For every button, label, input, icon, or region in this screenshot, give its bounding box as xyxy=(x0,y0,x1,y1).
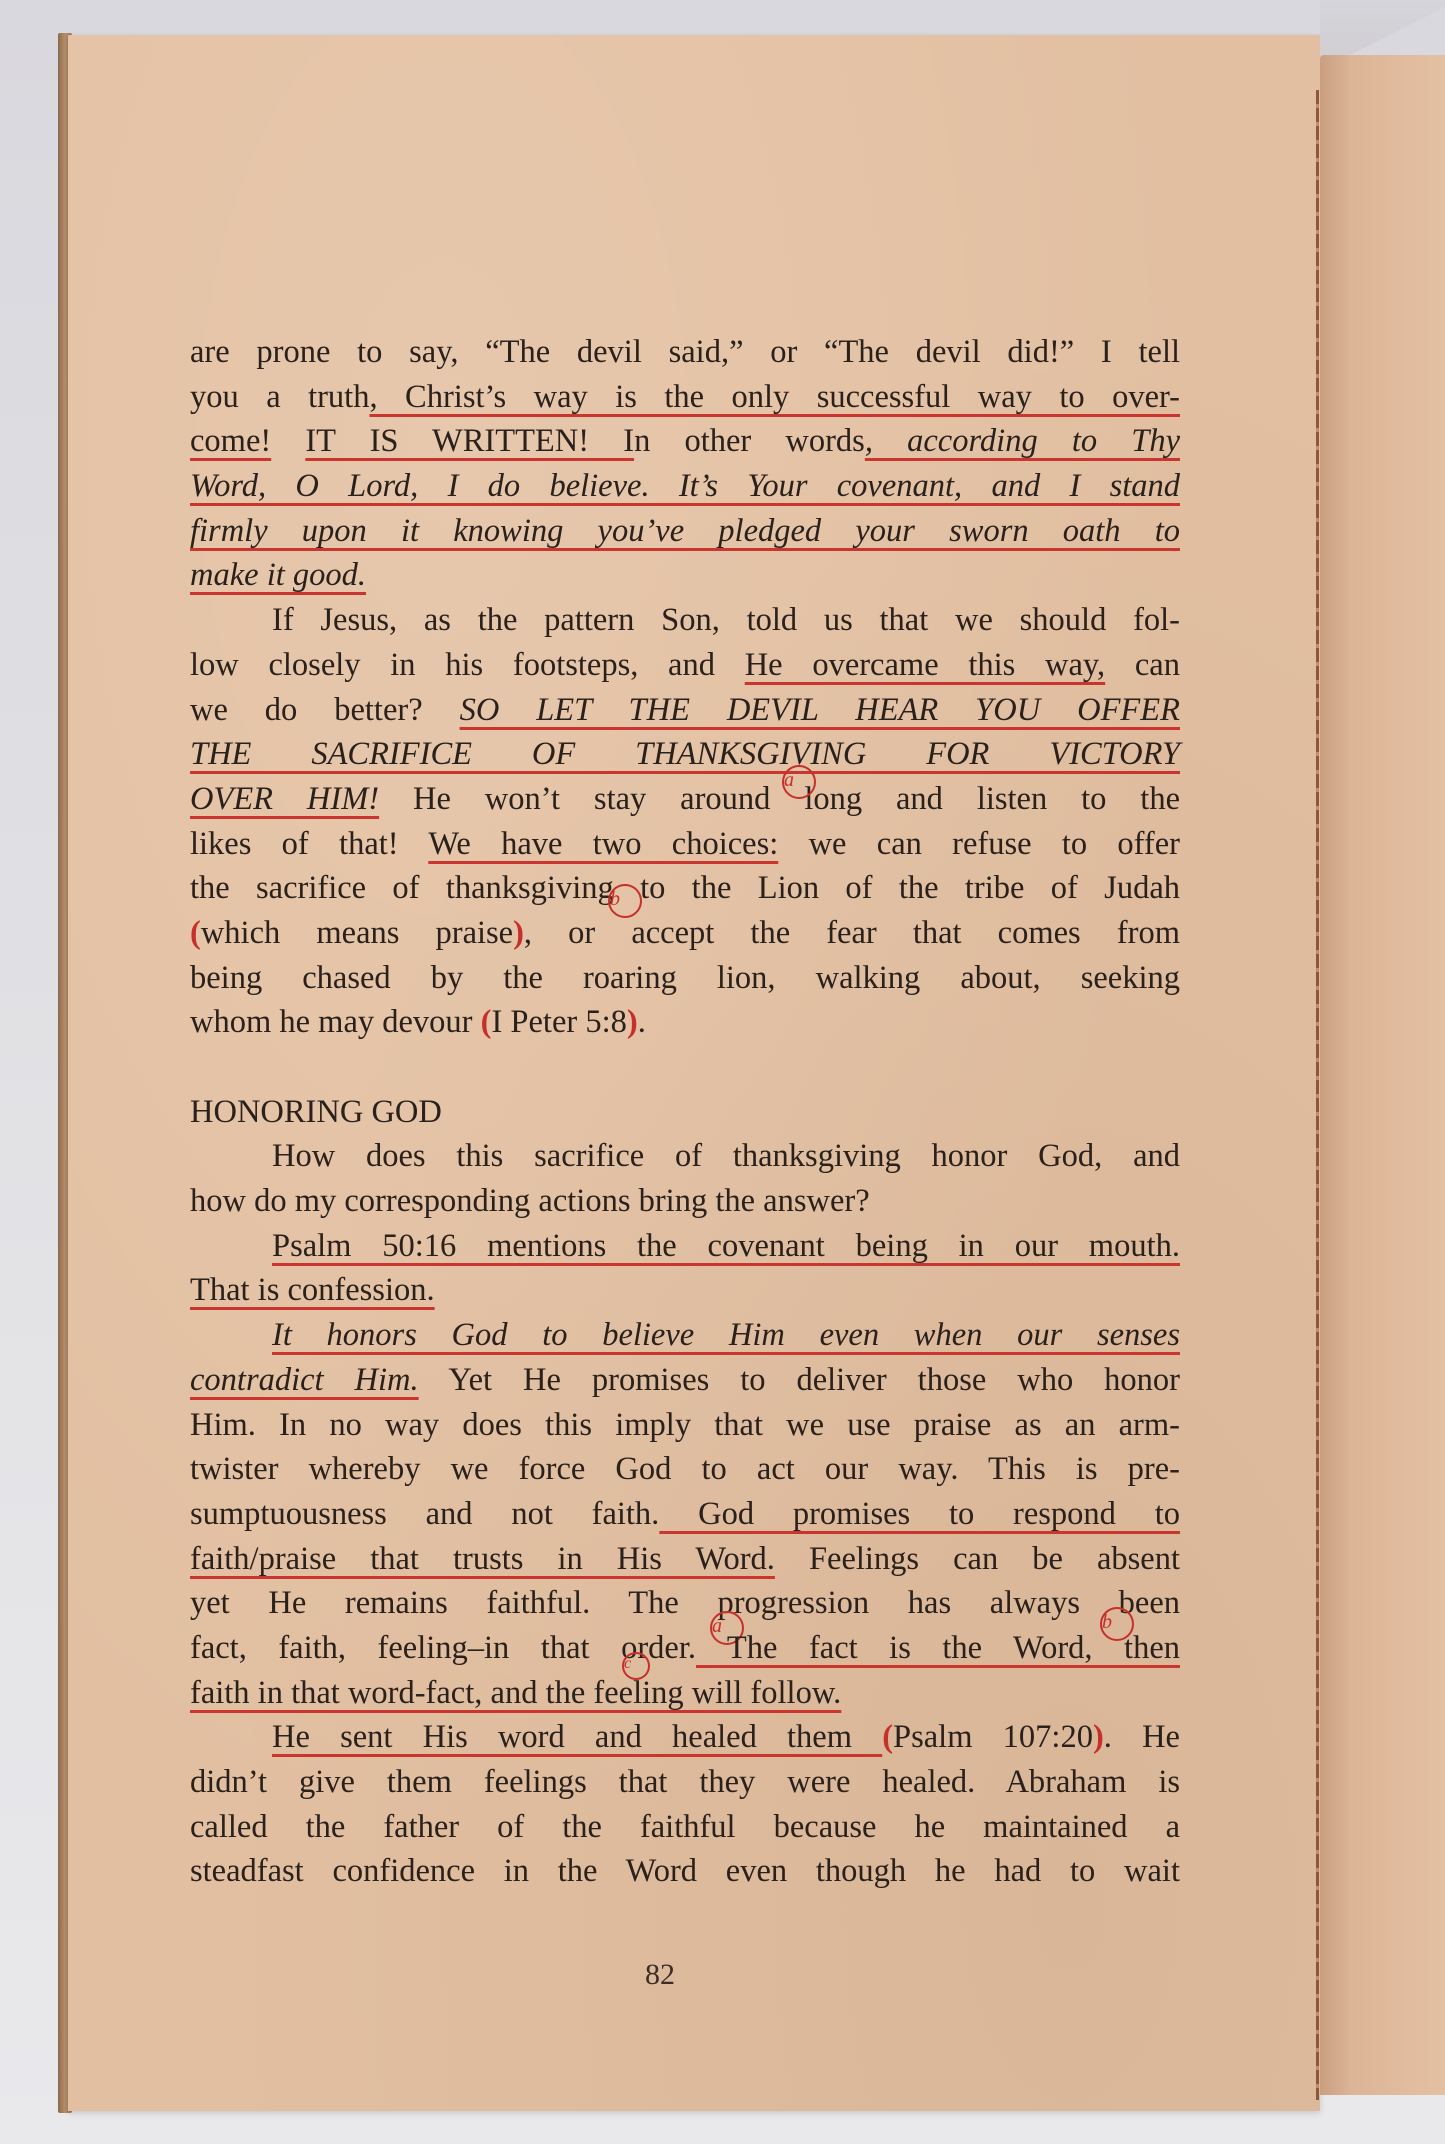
text-line: low closely in his footsteps, and He ove… xyxy=(190,643,1180,688)
text-line: twister whereby we force God to act our … xyxy=(190,1447,1180,1492)
text-line: yet He remains faithful. The progression… xyxy=(190,1581,1180,1626)
text-line: faith/praise that trusts in His Word. Fe… xyxy=(190,1537,1180,1582)
text-line: the sacrifice of thanksgiving to the Lio… xyxy=(190,866,1180,911)
underlined-italic-passage: make it good. xyxy=(190,557,366,593)
text-line: being chased by the roaring lion, walkin… xyxy=(190,956,1180,1001)
underlined-italic-passage: THE SACRIFICE OF THANKSGIVING FOR VICTOR… xyxy=(190,736,1180,772)
book-gutter xyxy=(1316,90,1319,2100)
text-line: It honors God to believe Him even when o… xyxy=(190,1313,1180,1358)
text-line: fact, faith, feeling–in that order. The … xyxy=(190,1626,1180,1671)
text-line: (which means praise), or accept the fear… xyxy=(190,911,1180,956)
annotation-paren-close: ) xyxy=(627,1004,638,1040)
page-body-text: are prone to say, “The devil said,” or “… xyxy=(190,330,1180,1894)
text-line: If Jesus, as the pattern Son, told us th… xyxy=(190,598,1180,643)
annotation-paren-close: ) xyxy=(513,915,524,951)
underlined-passage: come! xyxy=(190,423,271,459)
underlined-passage: , Christ’s way is the only successful wa… xyxy=(369,379,1180,415)
underlined-passage: faith/praise that trusts in His Word. xyxy=(190,1541,775,1577)
underlined-passage: faith in that word-fact, and the feeling… xyxy=(190,1675,841,1711)
underlined-italic-passage: SO LET THE DEVIL HEAR YOU OFFER xyxy=(460,692,1180,728)
underlined-italic-passage: firmly upon it knowing you’ve pledged yo… xyxy=(190,513,1180,549)
text-line: steadfast confidence in the Word even th… xyxy=(190,1849,1180,1894)
text-line: Psalm 50:16 mentions the covenant being … xyxy=(190,1224,1180,1269)
text-line: whom he may devour (I Peter 5:8). xyxy=(190,1000,1180,1045)
annotation-paren-open: ( xyxy=(481,1004,492,1040)
underlined-passage: God promises to respond to xyxy=(659,1496,1180,1532)
text-line: make it good. xyxy=(190,553,1180,598)
text-line: come! IT IS WRITTEN! In other words, acc… xyxy=(190,419,1180,464)
text-line: you a truth, Christ’s way is the only su… xyxy=(190,375,1180,420)
text-line: faith in that word-fact, and the feeling… xyxy=(190,1671,1180,1716)
underlined-passage: He sent His word and healed them xyxy=(272,1719,882,1755)
annotation-paren-open: ( xyxy=(190,915,201,951)
text-line: OVER HIM! He won’t stay around long and … xyxy=(190,777,1180,822)
text-line: didn’t give them feelings that they were… xyxy=(190,1760,1180,1805)
underlined-passage: We have two choices: xyxy=(428,826,778,862)
underlined-passage: He overcame this way, xyxy=(745,647,1105,683)
text-line: contradict Him. Yet He promises to deliv… xyxy=(190,1358,1180,1403)
text-line: THE SACRIFICE OF THANKSGIVING FOR VICTOR… xyxy=(190,732,1180,777)
underlined-passage: That is confession. xyxy=(190,1272,435,1308)
underlined-italic-passage: It honors God to believe Him even when o… xyxy=(272,1317,1180,1353)
text-line: how do my corresponding actions bring th… xyxy=(190,1179,1180,1224)
underlined-italic-passage: , according to Thy xyxy=(865,423,1180,459)
text-line: are prone to say, “The devil said,” or “… xyxy=(190,330,1180,375)
underlined-passage: The fact is the Word, then xyxy=(696,1630,1180,1666)
text-line: That is confession. xyxy=(190,1268,1180,1313)
annotation-paren-open: ( xyxy=(882,1719,893,1755)
underlined-passage: Psalm 50:16 mentions the covenant being … xyxy=(272,1228,1180,1264)
annotation-paren-close: ) xyxy=(1093,1719,1104,1755)
text-line: called the father of the faithful becaus… xyxy=(190,1805,1180,1850)
text-line: likes of that! We have two choices: we c… xyxy=(190,822,1180,867)
underlined-italic-passage: Word, O Lord, I do believe. It’s Your co… xyxy=(190,468,1180,504)
text-line: firmly upon it knowing you’ve pledged yo… xyxy=(190,509,1180,554)
page-number: 82 xyxy=(640,1958,680,1992)
annotation-circle-a: a xyxy=(782,765,816,799)
underlined-passage: IT IS WRITTEN! I xyxy=(305,423,634,459)
text-line: Him. In no way does this imply that we u… xyxy=(190,1403,1180,1448)
text-line: He sent His word and healed them (Psalm … xyxy=(190,1715,1180,1760)
text-line: we do better? SO LET THE DEVIL HEAR YOU … xyxy=(190,688,1180,733)
section-heading: HONORING GOD xyxy=(190,1090,1180,1135)
underlined-italic-passage: contradict Him. xyxy=(190,1362,419,1398)
underlined-italic-passage: OVER HIM! xyxy=(190,781,379,817)
text-line: Word, O Lord, I do believe. It’s Your co… xyxy=(190,464,1180,509)
text-line: How does this sacrifice of thanksgiving … xyxy=(190,1134,1180,1179)
right-page-edge xyxy=(1320,55,1445,2095)
text-line: sumptuousness and not faith. God promise… xyxy=(190,1492,1180,1537)
